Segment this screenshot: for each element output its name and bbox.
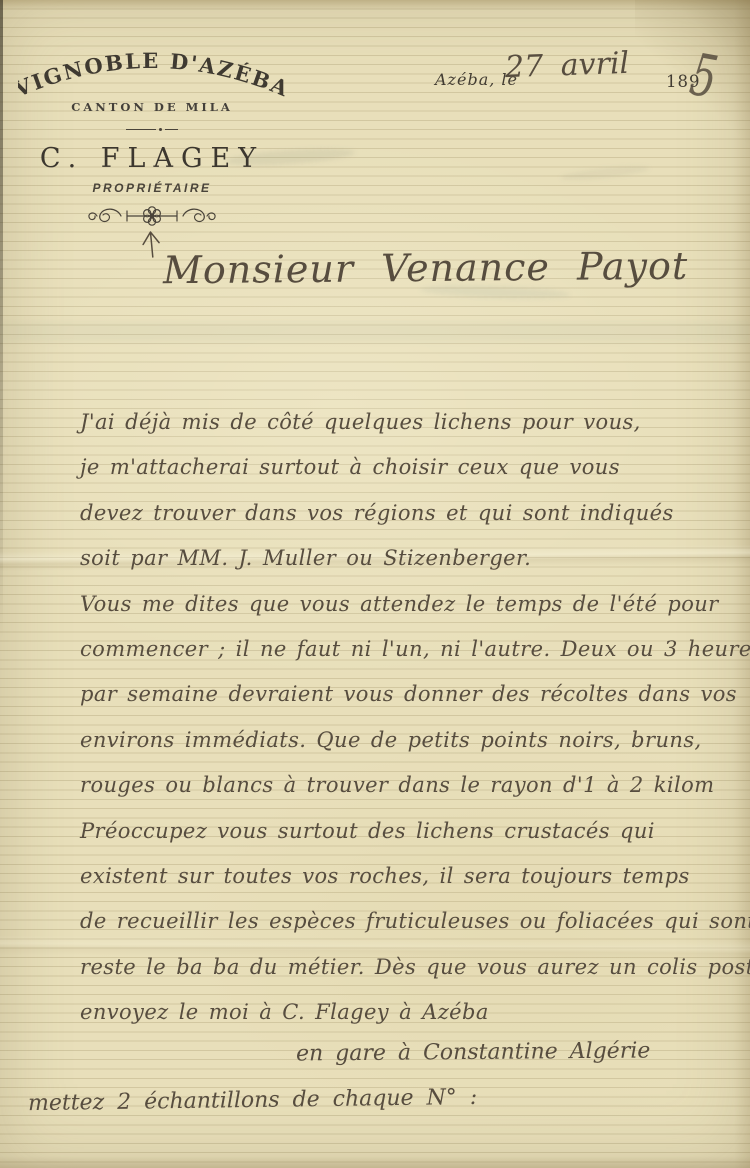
- bottom-edge-shadow: [0, 1156, 750, 1168]
- body-line: Vous me dites que vous attendez le temps…: [80, 582, 748, 627]
- proprietor-name: C. FLAGEY: [18, 143, 286, 174]
- closing-line: en gare à Constantine Algérie: [296, 1038, 651, 1066]
- salutation: Monsieur Venance Payot: [163, 244, 689, 293]
- scan-edge-shadow: [0, 0, 3, 640]
- letterhead-title: VIGNOBLE D'AZÉBA: [18, 48, 286, 98]
- letterhead-subtitle: CANTON DE MILA: [18, 100, 286, 114]
- body-line: rouges ou blancs à trouver dans le rayon…: [80, 763, 748, 808]
- body-line: J'ai déjà mis de côté quelques lichens p…: [80, 400, 748, 445]
- proprietor-title: PROPRIÉTAIRE: [18, 181, 286, 195]
- handwritten-date: 27 avril: [504, 46, 629, 85]
- letterhead: VIGNOBLE D'AZÉBA CANTON DE MILA C. FLAGE…: [18, 40, 286, 258]
- ink-bleedthrough: [560, 163, 651, 182]
- body-line: par semaine devraient vous donner des ré…: [80, 672, 748, 717]
- postscript-line: mettez 2 échantillons de chaque N° :: [28, 1085, 478, 1116]
- body-line: commencer ; il ne faut ni l'un, ni l'aut…: [80, 627, 748, 672]
- body-line: environs immédiats. Que de petits points…: [80, 718, 748, 763]
- letter-body: J'ai déjà mis de côté quelques lichens p…: [80, 400, 748, 1035]
- ink-bleedthrough: [0, 322, 750, 342]
- body-line: Préoccupez vous surtout des lichens crus…: [80, 809, 748, 854]
- body-line: soit par MM. J. Muller ou Stizenberger.: [80, 536, 748, 581]
- body-line: je m'attacherai surtout à choisir ceux q…: [80, 445, 748, 490]
- body-line: envoyez le moi à C. Flagey à Azéba: [80, 990, 748, 1035]
- svg-text:VIGNOBLE D'AZÉBA: VIGNOBLE D'AZÉBA: [18, 48, 286, 98]
- letterhead-divider: [126, 128, 178, 131]
- body-line: devez trouver dans vos régions et qui so…: [80, 491, 748, 536]
- letterhead-arched-title: VIGNOBLE D'AZÉBA: [18, 40, 286, 98]
- body-line: existent sur toutes vos roches, il sera …: [80, 854, 748, 899]
- body-line: reste le ba ba du métier. Dès que vous a…: [80, 945, 748, 990]
- body-line: de recueillir les espèces fruticuleuses …: [80, 899, 748, 944]
- scanned-letter-page: VIGNOBLE D'AZÉBA CANTON DE MILA C. FLAGE…: [0, 0, 750, 1168]
